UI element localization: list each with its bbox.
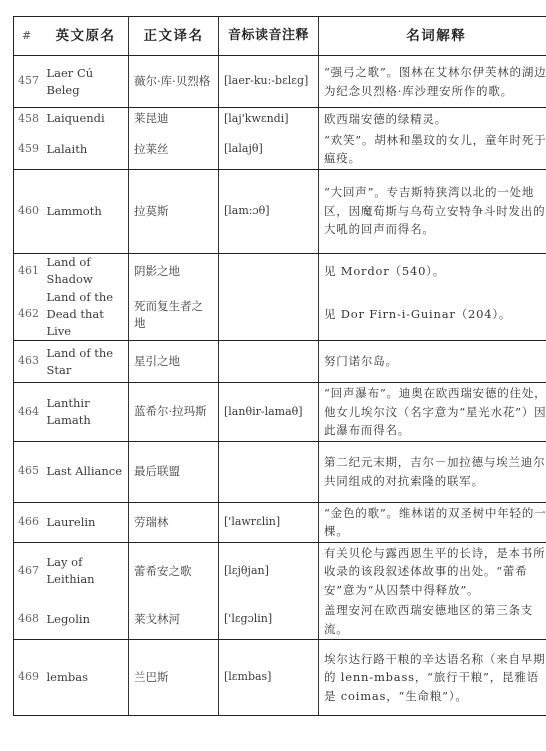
entry-english: Laurelin [44, 502, 129, 542]
entry-english: Laer Cú Beleg [44, 56, 129, 108]
entry-english: Lalaith [44, 130, 129, 170]
entry-explanation: “强弓之歌”。图林在艾林尔伊芙林的湖边为纪念贝烈格·库沙理安所作的歌。 [319, 56, 546, 108]
entry-chinese: 蕾希安之歌 [129, 542, 219, 600]
entry-number: 461 [14, 253, 44, 289]
entry-chinese: 蓝希尔·拉玛斯 [129, 383, 219, 442]
entry-english: Last Alliance [44, 441, 129, 502]
table-row: 463 Land of the Star 星引之地 努门诺尔岛。 [14, 341, 546, 383]
entry-english: Lammoth [44, 169, 129, 253]
entry-phonetic: [laer-ku:-bɛlɛg] [219, 56, 319, 108]
table-row: 464 Lanthir Lamath 蓝希尔·拉玛斯 [lanθir-lamaθ… [14, 383, 546, 442]
entry-chinese: 死而复生者之地 [129, 289, 219, 341]
table-row: 468 Legolin 莱戈林河 ['lɛgɔlin] 盖理安河在欧西瑞安德地区… [14, 600, 546, 640]
entry-phonetic: [lamːɔθ] [219, 169, 319, 253]
table-row: 459 Lalaith 拉莱丝 [lalajθ] “欢笑”。胡林和墨玟的女儿，童… [14, 130, 546, 170]
glossary-table: # 英文原名 正文译名 音标读音注释 名词解释 457 Laer Cú Bele… [13, 16, 546, 716]
entry-phonetic: [lɛmbas] [219, 640, 319, 716]
entry-english: Land of the Dead that Live [44, 289, 129, 341]
entry-explanation: 见 Dor Firn-i-Guinar（204）。 [319, 289, 546, 341]
entry-chinese: 星引之地 [129, 341, 219, 383]
entry-phonetic [219, 253, 319, 289]
table-row: 465 Last Alliance 最后联盟 第二纪元末期，吉尔－加拉德与埃兰迪… [14, 441, 546, 502]
glossary-page: # 英文原名 正文译名 音标读音注释 名词解释 457 Laer Cú Bele… [13, 16, 546, 716]
table-row: 466 Laurelin 劳瑞林 ['lawrɛlin] “金色的歌”。维林诺的… [14, 502, 546, 542]
table-row: 462 Land of the Dead that Live 死而复生者之地 见… [14, 289, 546, 341]
entry-number: 462 [14, 289, 44, 341]
entry-phonetic: [lalajθ] [219, 130, 319, 170]
entry-explanation: 努门诺尔岛。 [319, 341, 546, 383]
entry-number: 469 [14, 640, 44, 716]
entry-explanation: 欧西瑞安德的绿精灵。 [319, 108, 546, 130]
entry-phonetic: [lanθir-lamaθ] [219, 383, 319, 442]
entry-explanation: “回声瀑布”。迪奥在欧西瑞安德的住处，他女儿埃尔汶（名字意为“星光水花”）因此瀑… [319, 383, 546, 442]
entry-english: Lay of Leithian [44, 542, 129, 600]
table-row: 467 Lay of Leithian 蕾希安之歌 [lɛjθjan] 有关贝伦… [14, 542, 546, 600]
table-row: 469 lembas 兰巴斯 [lɛmbas] 埃尔达行路干粮的辛达语名称（来自… [14, 640, 546, 716]
entry-explanation: 埃尔达行路干粮的辛达语名称（来自早期的 lenn-mbass，“旅行干粮”，昆雅… [319, 640, 546, 716]
entry-explanation: 盖理安河在欧西瑞安德地区的第三条支流。 [319, 600, 546, 640]
header-explanation: 名词解释 [319, 17, 546, 56]
table-row: 457 Laer Cú Beleg 薇尔·库·贝烈格 [laer-ku:-bɛl… [14, 56, 546, 108]
entry-explanation: 见 Mordor（540）。 [319, 253, 546, 289]
entry-english: Land of Shadow [44, 253, 129, 289]
entry-explanation: “大回声”。专吉斯特狭湾以北的一处地区，因魔荀斯与乌苟立安特争斗时发出的大吼的回… [319, 169, 546, 253]
entry-english: Legolin [44, 600, 129, 640]
table-row: 460 Lammoth 拉莫斯 [lamːɔθ] “大回声”。专吉斯特狭湾以北的… [14, 169, 546, 253]
entry-number: 467 [14, 542, 44, 600]
header-number: # [14, 17, 44, 56]
entry-chinese: 阴影之地 [129, 253, 219, 289]
entry-number: 465 [14, 441, 44, 502]
entry-explanation: 第二纪元末期，吉尔－加拉德与埃兰迪尔共同组成的对抗索隆的联军。 [319, 441, 546, 502]
entry-english: Land of the Star [44, 341, 129, 383]
entry-number: 460 [14, 169, 44, 253]
header-chinese-name: 正文译名 [129, 17, 219, 56]
entry-phonetic [219, 341, 319, 383]
entry-phonetic [219, 289, 319, 341]
entry-number: 463 [14, 341, 44, 383]
entry-chinese: 莱昆迪 [129, 108, 219, 130]
entry-chinese: 劳瑞林 [129, 502, 219, 542]
entry-number: 457 [14, 56, 44, 108]
entry-chinese: 兰巴斯 [129, 640, 219, 716]
entry-number: 466 [14, 502, 44, 542]
entry-explanation: “欢笑”。胡林和墨玟的女儿，童年时死于瘟疫。 [319, 130, 546, 170]
entry-chinese: 薇尔·库·贝烈格 [129, 56, 219, 108]
entry-number: 464 [14, 383, 44, 442]
entry-phonetic: [laj'kwɛndi] [219, 108, 319, 130]
entry-phonetic: [lɛjθjan] [219, 542, 319, 600]
entry-english: Lanthir Lamath [44, 383, 129, 442]
header-english-name: 英文原名 [44, 17, 129, 56]
entry-number: 458 [14, 108, 44, 130]
entry-phonetic [219, 441, 319, 502]
entry-explanation: 有关贝伦与露西恩生平的长诗，是本书所收录的该段叙述体故事的出处。“蕾希安”意为“… [319, 542, 546, 600]
entry-explanation: “金色的歌”。维林诺的双圣树中年轻的一棵。 [319, 502, 546, 542]
entry-chinese: 拉莫斯 [129, 169, 219, 253]
table-row: 461 Land of Shadow 阴影之地 见 Mordor（540）。 [14, 253, 546, 289]
table-row: 458 Laiquendi 莱昆迪 [laj'kwɛndi] 欧西瑞安德的绿精灵… [14, 108, 546, 130]
entry-english: Laiquendi [44, 108, 129, 130]
header-phonetic: 音标读音注释 [219, 17, 319, 56]
entry-number: 459 [14, 130, 44, 170]
entry-number: 468 [14, 600, 44, 640]
table-header-row: # 英文原名 正文译名 音标读音注释 名词解释 [14, 17, 546, 56]
entry-chinese: 最后联盟 [129, 441, 219, 502]
entry-phonetic: ['lɛgɔlin] [219, 600, 319, 640]
entry-english: lembas [44, 640, 129, 716]
entry-phonetic: ['lawrɛlin] [219, 502, 319, 542]
entry-chinese: 莱戈林河 [129, 600, 219, 640]
entry-chinese: 拉莱丝 [129, 130, 219, 170]
